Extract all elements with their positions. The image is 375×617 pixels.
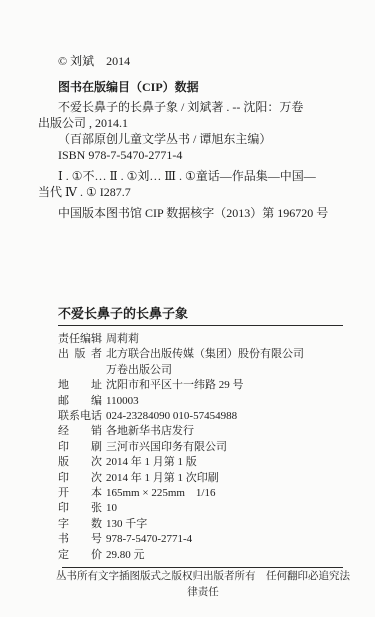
cip-line-isbn: ISBN 978-7-5470-2771-4 — [38, 147, 355, 163]
colophon-row-printer: 印刷 三河市兴国印务有限公司 — [58, 440, 343, 455]
colophon-value: 024-23284090 010-57454988 — [106, 409, 343, 424]
colophon-label: 印刷 — [58, 440, 102, 455]
colophon-row-postcode: 邮编 110003 — [58, 394, 343, 409]
colophon-value: 2014 年 1 月第 1 版 — [106, 455, 343, 470]
colophon-value: 2014 年 1 月第 1 次印刷 — [106, 471, 343, 486]
colophon-value: 110003 — [106, 394, 343, 409]
cip-line-classification-2: 当代 Ⅳ . ① I287.7 — [38, 184, 355, 200]
colophon-row-isbn: 书号 978-7-5470-2771-4 — [58, 532, 343, 547]
colophon-row-address: 地址 沈阳市和平区十一纬路 29 号 — [58, 378, 343, 393]
colophon-value: 978-7-5470-2771-4 — [106, 532, 343, 547]
colophon-row-distribution: 经销 各地新华书店发行 — [58, 424, 343, 439]
colophon-label: 开本 — [58, 486, 102, 501]
colophon-value: 130 千字 — [106, 517, 343, 532]
cip-line-title-author: 不爱长鼻子的长鼻子象 / 刘斌著 . -- 沈阳：万卷 — [38, 99, 355, 115]
footer-section: 丛书所有文字插图版式之版权归出版者所有 任何翻印必追究法律责任 — [52, 567, 354, 601]
copyright-warning-notice: 丛书所有文字插图版式之版权归出版者所有 任何翻印必追究法律责任 — [52, 569, 354, 601]
cip-line-series: （百部原创儿童文学丛书 / 谭旭东主编） — [38, 131, 355, 147]
colophon-label: 联系电话 — [58, 409, 102, 424]
colophon-label — [58, 363, 102, 378]
colophon-value: 沈阳市和平区十一纬路 29 号 — [106, 378, 343, 393]
cip-line-record-number: 中国版本图书馆 CIP 数据核字（2013）第 196720 号 — [38, 205, 355, 221]
book-title: 不爱长鼻子的长鼻子象 — [58, 305, 343, 326]
colophon-row-publisher: 出版者 北方联合出版传媒（集团）股份有限公司 — [58, 347, 343, 362]
colophon-value: 北方联合出版传媒（集团）股份有限公司 — [106, 347, 343, 362]
colophon-label: 书号 — [58, 532, 102, 547]
cip-line-publisher-year: 出版公司 , 2014.1 — [38, 115, 355, 131]
cip-data-header: 图书在版编目（CIP）数据 — [38, 79, 355, 95]
colophon-row-edition: 版次 2014 年 1 月第 1 版 — [58, 455, 343, 470]
colophon-row-phone: 联系电话 024-23284090 010-57454988 — [58, 409, 343, 424]
colophon-row-format: 开本 165mm × 225mm 1/16 — [58, 486, 343, 501]
colophon-row-wordcount: 字数 130 千字 — [58, 517, 343, 532]
colophon-row-impression: 印次 2014 年 1 月第 1 次印刷 — [58, 471, 343, 486]
colophon-label: 印次 — [58, 471, 102, 486]
colophon-label: 字数 — [58, 517, 102, 532]
colophon-value: 万卷出版公司 — [106, 363, 343, 378]
colophon-label: 责任编辑 — [58, 332, 102, 347]
divider — [62, 567, 343, 568]
colophon-value: 29.80 元 — [106, 548, 343, 563]
colophon-row-editor: 责任编辑 周莉莉 — [58, 332, 343, 347]
book-copyright-page: © 刘斌 2014 图书在版编目（CIP）数据 不爱长鼻子的长鼻子象 / 刘斌著… — [0, 0, 375, 617]
copyright-notice: © 刘斌 2014 — [38, 53, 355, 69]
colophon-table: 责任编辑 周莉莉 出版者 北方联合出版传媒（集团）股份有限公司 万卷出版公司 地… — [58, 326, 343, 563]
colophon-label: 定价 — [58, 548, 102, 563]
colophon-label: 版次 — [58, 455, 102, 470]
colophon-label: 出版者 — [58, 347, 102, 362]
colophon-row-sheets: 印张 10 — [58, 501, 343, 516]
colophon-value: 三河市兴国印务有限公司 — [106, 440, 343, 455]
colophon-label: 邮编 — [58, 394, 102, 409]
colophon-section: 不爱长鼻子的长鼻子象 责任编辑 周莉莉 出版者 北方联合出版传媒（集团）股份有限… — [58, 305, 343, 563]
colophon-label: 地址 — [58, 378, 102, 393]
cip-line-classification-1: Ⅰ . ①不… Ⅱ . ①刘… Ⅲ . ①童话—作品集—中国— — [38, 168, 355, 184]
colophon-row-price: 定价 29.80 元 — [58, 548, 343, 563]
colophon-value: 10 — [106, 501, 343, 516]
colophon-value: 各地新华书店发行 — [106, 424, 343, 439]
colophon-value: 165mm × 225mm 1/16 — [106, 486, 343, 501]
colophon-value: 周莉莉 — [106, 332, 343, 347]
colophon-row-publisher-cont: 万卷出版公司 — [58, 363, 343, 378]
colophon-label: 印张 — [58, 501, 102, 516]
colophon-label: 经销 — [58, 424, 102, 439]
